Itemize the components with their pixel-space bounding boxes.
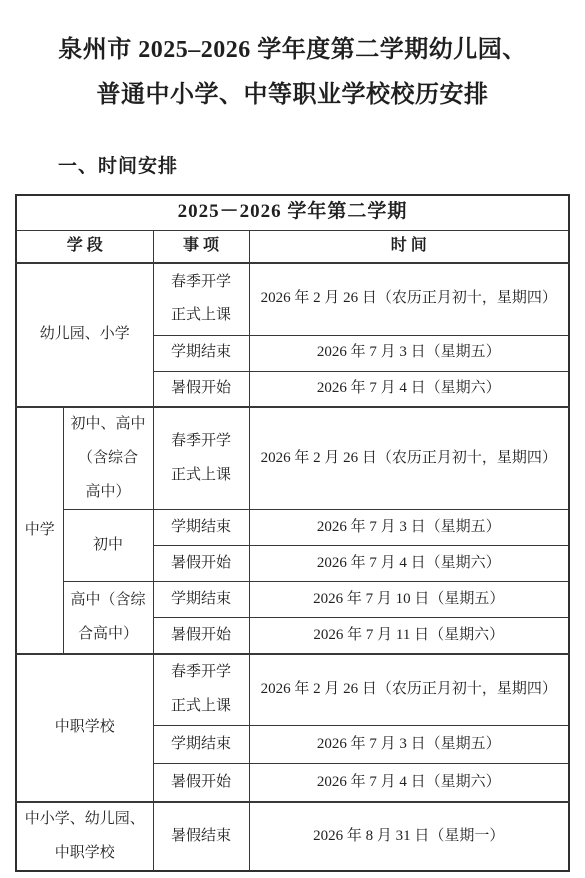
time-cell: 2026 年 2 月 26 日（农历正月初十，星期四） [249,654,569,726]
section-heading: 一、时间安排 [58,151,585,178]
col-header-stage: 学 段 [16,230,153,263]
stage-cell-vocational: 中职学校 [16,654,153,802]
document-page: 泉州市 2025–2026 学年度第二学期幼儿园、 普通中小学、中等职业学校校历… [0,0,585,878]
item-cell: 学期结束 [153,510,249,546]
stage-cell-kindergarten-primary: 幼儿园、小学 [16,263,153,407]
col-header-time: 时 间 [249,230,569,263]
item-cell: 学期结束 [153,335,249,371]
time-cell: 2026 年 7 月 10 日（星期五） [249,582,569,618]
substage-cell-senior: 高中（含综 合高中） [63,582,153,654]
time-cell: 2026 年 8 月 31 日（星期一） [249,802,569,872]
item-cell: 学期结束 [153,582,249,618]
time-cell: 2026 年 7 月 3 日（星期五） [249,335,569,371]
item-cell: 暑假开始 [153,764,249,802]
stage-cell-all-schools: 中小学、幼儿园、 中职学校 [16,802,153,872]
calendar-table: 2025－2026 学年第二学期 学 段 事 项 时 间 幼儿园、小学 春季开学… [15,194,570,872]
document-title: 泉州市 2025–2026 学年度第二学期幼儿园、 普通中小学、中等职业学校校历… [0,28,585,118]
time-cell: 2026 年 2 月 26 日（农历正月初十，星期四） [249,263,569,335]
document-title-line2: 普通中小学、中等职业学校校历安排 [0,73,585,118]
item-cell: 学期结束 [153,726,249,764]
substage-cell-junior-senior: 初中、高中 （含综合 高中） [63,407,153,510]
time-cell: 2026 年 7 月 4 日（星期六） [249,546,569,582]
time-cell: 2026 年 7 月 11 日（星期六） [249,618,569,654]
time-cell: 2026 年 7 月 3 日（星期五） [249,510,569,546]
time-cell: 2026 年 7 月 4 日（星期六） [249,371,569,407]
item-cell: 暑假开始 [153,618,249,654]
document-title-line1: 泉州市 2025–2026 学年度第二学期幼儿园、 [0,28,585,73]
time-cell: 2026 年 7 月 3 日（星期五） [249,726,569,764]
item-cell: 春季开学 正式上课 [153,654,249,726]
item-cell: 暑假结束 [153,802,249,872]
time-cell: 2026 年 7 月 4 日（星期六） [249,764,569,802]
item-cell: 春季开学 正式上课 [153,263,249,335]
item-cell: 春季开学 正式上课 [153,407,249,510]
item-cell: 暑假开始 [153,546,249,582]
col-header-item: 事 项 [153,230,249,263]
time-cell: 2026 年 2 月 26 日（农历正月初十，星期四） [249,407,569,510]
table-caption: 2025－2026 学年第二学期 [16,195,569,230]
item-cell: 暑假开始 [153,371,249,407]
stage-cell-middle-school: 中学 [16,407,63,654]
substage-cell-junior: 初中 [63,510,153,582]
